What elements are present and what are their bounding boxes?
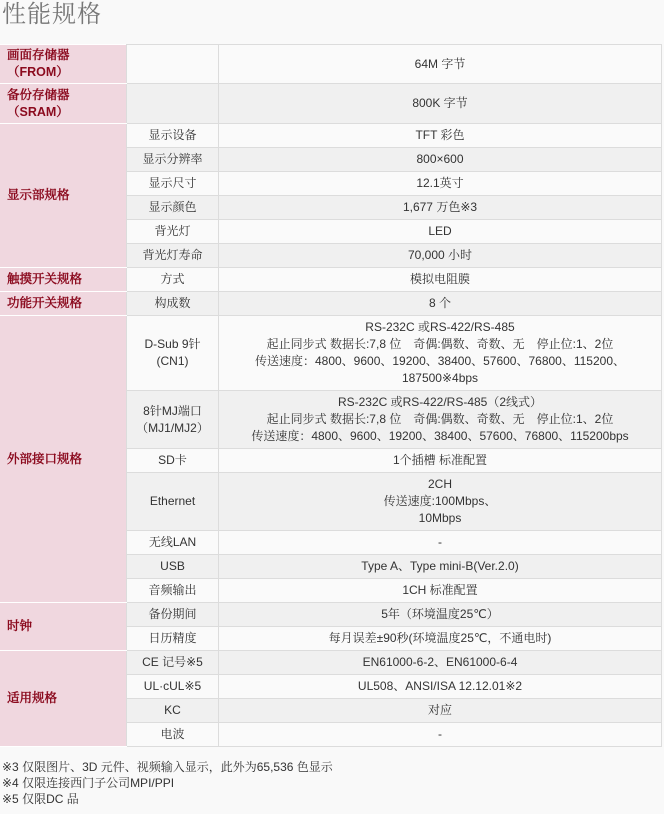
value-cell: 每月误差±90秒(环境温度25℃，不通电时) (219, 627, 662, 651)
table-row: 备份存储器（SRAM） 800K 字节 (1, 84, 662, 124)
footnote: ※3 仅限图片、3D 元件、视频输入显示，此外为65,536 色显示 (2, 759, 664, 775)
value-cell: Type A、Type mini-B(Ver.2.0) (219, 555, 662, 579)
sub-label: 背光灯 (127, 220, 219, 244)
sub-label: 8针MJ端口（MJ1/MJ2） (127, 391, 219, 449)
value-cell: - (219, 723, 662, 747)
footnotes: ※3 仅限图片、3D 元件、视频输入显示，此外为65,536 色显示 ※4 仅限… (0, 747, 664, 807)
sub-label: UL·cUL※5 (127, 675, 219, 699)
category-label: 备份存储器（SRAM） (1, 84, 127, 124)
page-title: 性能规格 (0, 0, 664, 44)
sub-label: USB (127, 555, 219, 579)
sub-label: 日历精度 (127, 627, 219, 651)
sub-label: 显示尺寸 (127, 172, 219, 196)
sub-label: KC (127, 699, 219, 723)
table-row: 适用规格 CE 记号※5 EN61000-6-2、EN61000-6-4 (1, 651, 662, 675)
footnote: ※5 仅限DC 品 (2, 791, 664, 807)
value-cell: 2CH传送速度:100Mbps、10Mbps (219, 473, 662, 531)
footnote: ※4 仅限连接西门子公司MPI/PPI (2, 775, 664, 791)
value-cell: 5年（环境温度25℃） (219, 603, 662, 627)
value-cell: 12.1英寸 (219, 172, 662, 196)
value-cell: 800K 字节 (219, 84, 662, 124)
table-row: 外部接口规格 D-Sub 9针(CN1) RS-232C 或RS-422/RS-… (1, 316, 662, 391)
value-cell: EN61000-6-2、EN61000-6-4 (219, 651, 662, 675)
table-row: 显示部规格 显示设备 TFT 彩色 (1, 124, 662, 148)
sub-label: 显示颜色 (127, 196, 219, 220)
table-row: 功能开关规格 构成数 8 个 (1, 292, 662, 316)
value-cell: 8 个 (219, 292, 662, 316)
value-cell: 对应 (219, 699, 662, 723)
sub-label: Ethernet (127, 473, 219, 531)
table-row: 触摸开关规格 方式 模拟电阻膜 (1, 268, 662, 292)
table-row: 时钟 备份期间 5年（环境温度25℃） (1, 603, 662, 627)
category-label: 显示部规格 (1, 124, 127, 268)
value-cell: TFT 彩色 (219, 124, 662, 148)
value-cell: - (219, 531, 662, 555)
sub-label: D-Sub 9针(CN1) (127, 316, 219, 391)
sub-label: SD卡 (127, 449, 219, 473)
category-label: 触摸开关规格 (1, 268, 127, 292)
category-label: 时钟 (1, 603, 127, 651)
sub-label: 无线LAN (127, 531, 219, 555)
category-label: 外部接口规格 (1, 316, 127, 603)
sub-label: 方式 (127, 268, 219, 292)
value-cell: 70,000 小时 (219, 244, 662, 268)
value-cell: RS-232C 或RS-422/RS-485起止同步式 数据长:7,8 位 奇偶… (219, 316, 662, 391)
value-cell: UL508、ANSI/ISA 12.12.01※2 (219, 675, 662, 699)
sub-label: 背光灯寿命 (127, 244, 219, 268)
value-cell: 1个插槽 标准配置 (219, 449, 662, 473)
spec-table: 画面存储器（FROM） 64M 字节 备份存储器（SRAM） 800K 字节 显… (0, 44, 662, 747)
sub-label: 备份期间 (127, 603, 219, 627)
sub-label: 显示分辨率 (127, 148, 219, 172)
value-cell: RS-232C 或RS-422/RS-485（2线式）起止同步式 数据长:7,8… (219, 391, 662, 449)
category-label: 功能开关规格 (1, 292, 127, 316)
category-label: 画面存储器（FROM） (1, 45, 127, 84)
value-cell: 模拟电阻膜 (219, 268, 662, 292)
value-cell: 800×600 (219, 148, 662, 172)
value-cell: 64M 字节 (219, 45, 662, 84)
value-cell: LED (219, 220, 662, 244)
category-label: 适用规格 (1, 651, 127, 747)
value-cell: 1CH 标准配置 (219, 579, 662, 603)
sub-label: 音频输出 (127, 579, 219, 603)
sub-label: 电波 (127, 723, 219, 747)
sub-label: 显示设备 (127, 124, 219, 148)
sub-label: 构成数 (127, 292, 219, 316)
value-cell: 1,677 万色※3 (219, 196, 662, 220)
sub-label: CE 记号※5 (127, 651, 219, 675)
table-row: 画面存储器（FROM） 64M 字节 (1, 45, 662, 84)
